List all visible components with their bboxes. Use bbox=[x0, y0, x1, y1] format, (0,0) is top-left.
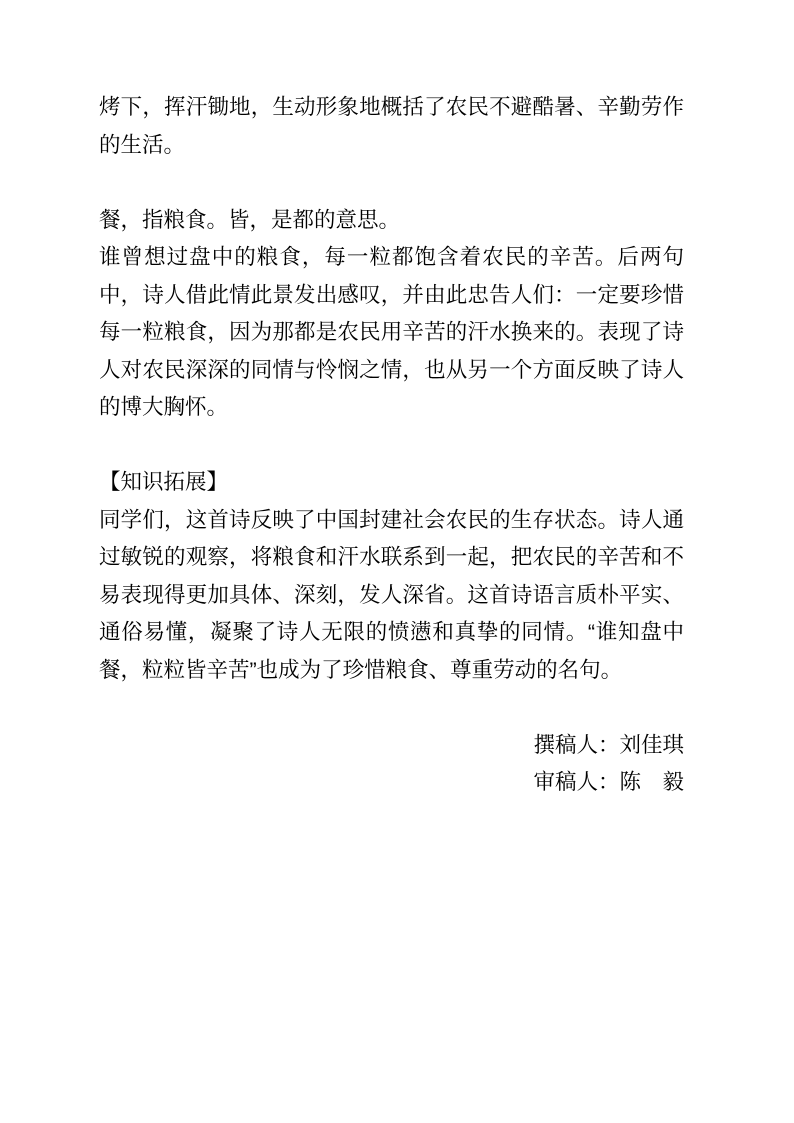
signature-author-line: 撰稿人：刘佳琪 bbox=[99, 727, 684, 765]
signature-author-separator: ： bbox=[598, 733, 620, 757]
document-page: 烤下，挥汗锄地，生动形象地概括了农民不避酷暑、辛勤劳作的生活。 餐，指粮食。皆，… bbox=[0, 0, 794, 1123]
signature-reviewer-name: 陈 毅 bbox=[619, 770, 684, 794]
signature-author-label: 撰稿人 bbox=[533, 733, 598, 757]
signature-reviewer-label: 审稿人 bbox=[533, 770, 598, 794]
blank-line bbox=[99, 164, 684, 202]
signature-author-name: 刘佳琪 bbox=[619, 733, 684, 757]
signature-reviewer-separator: ： bbox=[598, 770, 620, 794]
para-overflow-tail: 烤下，挥汗锄地，生动形象地概括了农民不避酷暑、辛勤劳作的生活。 bbox=[99, 89, 684, 164]
blank-line bbox=[99, 689, 684, 727]
para-definition: 餐，指粮食。皆，是都的意思。 bbox=[99, 202, 684, 240]
para-extension: 同学们，这首诗反映了中国封建社会农民的生存状态。诗人通过敏锐的观察，将粮食和汗水… bbox=[99, 502, 684, 690]
blank-line bbox=[99, 427, 684, 465]
signature-reviewer-line: 审稿人：陈 毅 bbox=[99, 764, 684, 802]
heading-knowledge-expansion: 【知识拓展】 bbox=[99, 464, 684, 502]
para-analysis: 谁曾想过盘中的粮食，每一粒都饱含着农民的辛苦。后两句中，诗人借此情此景发出感叹，… bbox=[99, 239, 684, 427]
